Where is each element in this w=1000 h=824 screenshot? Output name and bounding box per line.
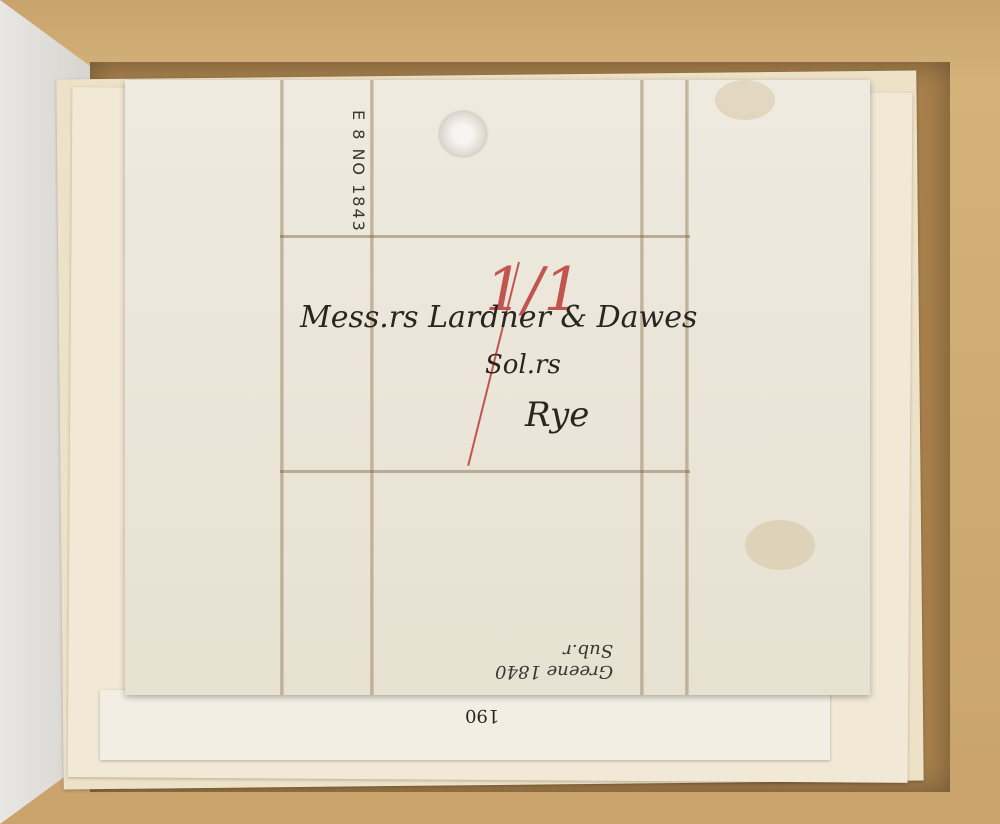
fold-line	[370, 80, 374, 695]
address-line1: Mess.rs Lardner & Dawes	[300, 300, 697, 335]
stain	[745, 520, 815, 570]
tab-number: 190	[465, 705, 499, 726]
postmark: E 8 NO 1843	[349, 110, 368, 233]
fold-line	[640, 80, 644, 695]
address-line2: Sol.rs	[485, 350, 561, 380]
embossed-seal	[440, 112, 486, 156]
address-line3: Rye	[525, 395, 589, 435]
fold-line	[685, 80, 689, 695]
fold-line	[280, 235, 690, 238]
stain	[715, 80, 775, 120]
folded-letter	[125, 80, 870, 695]
fold-line	[280, 80, 284, 695]
fold-line	[280, 470, 690, 473]
docket-note: Greene 1840 Sub.r	[495, 640, 613, 682]
